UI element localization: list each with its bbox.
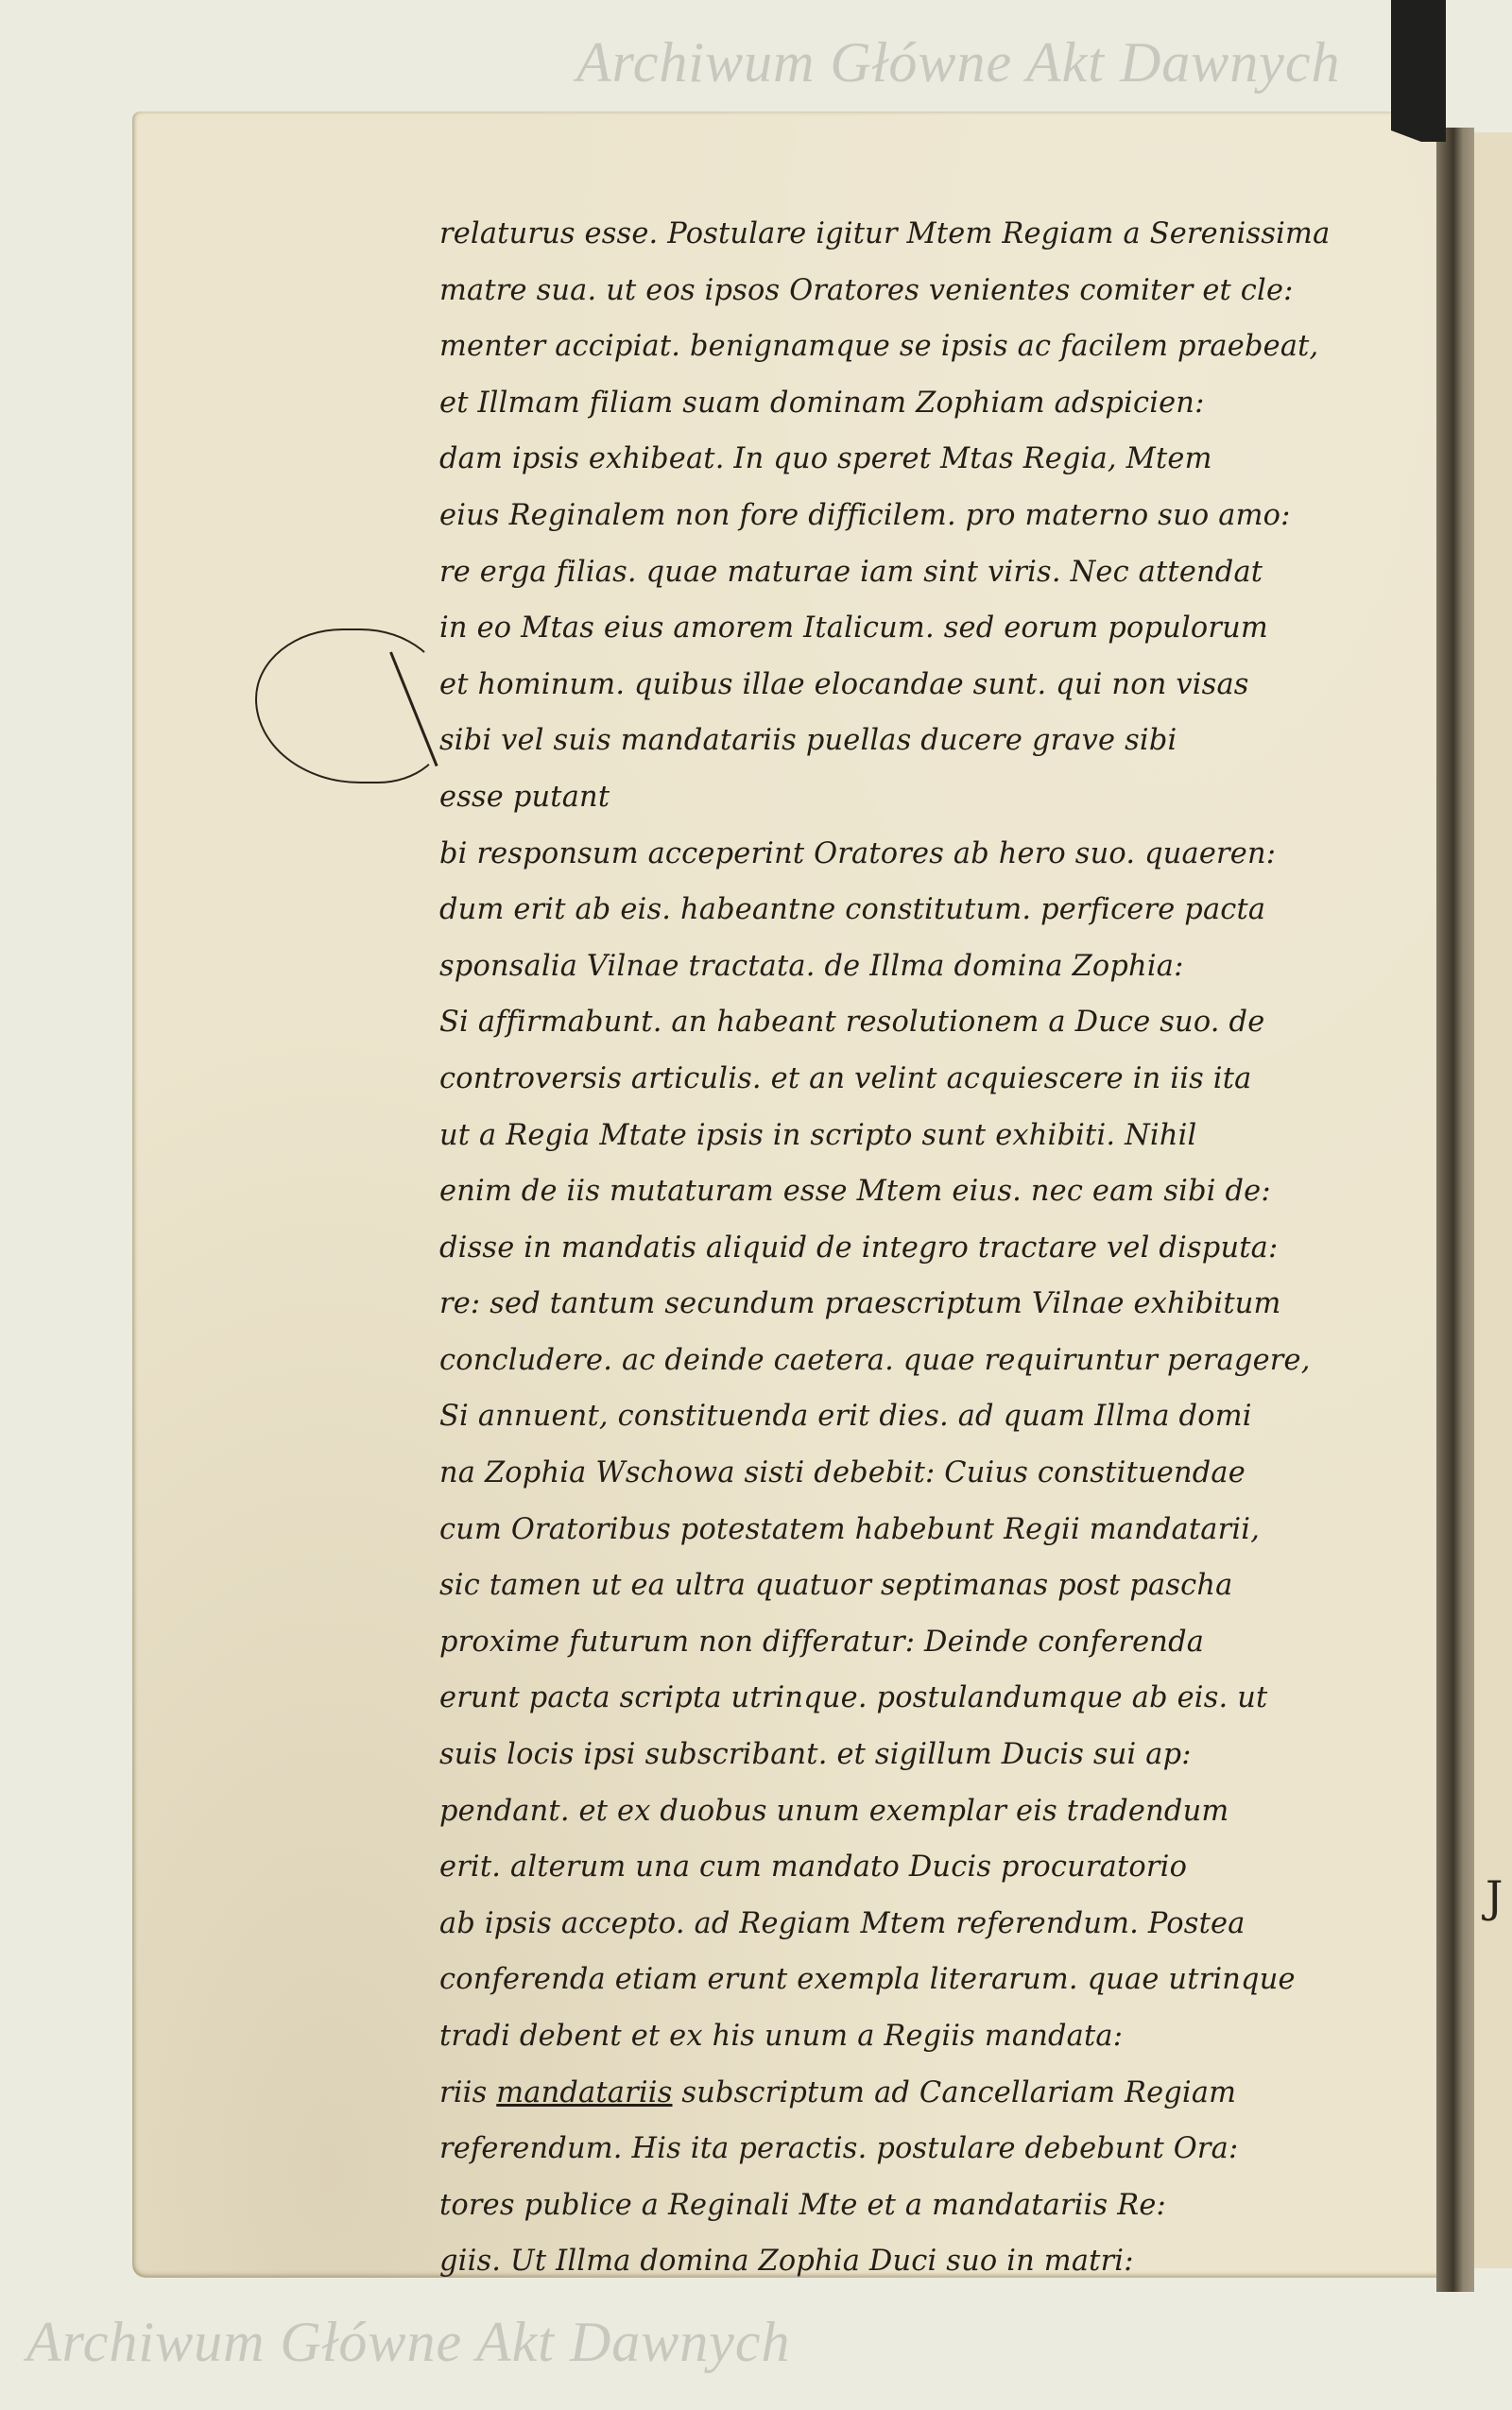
text-line: bi responsum acceperint Oratores ab hero… (439, 826, 1422, 883)
text-line: dam ipsis exhibeat. In quo speret Mtas R… (439, 431, 1422, 488)
text-line: ut a Regia Mtate ipsis in scripto sunt e… (439, 1108, 1422, 1164)
text-line: cum Oratoribus potestatem habebunt Regii… (439, 1502, 1422, 1558)
text-line: pendant. et ex duobus unum exemplar eis … (439, 1783, 1422, 1840)
text-line: et Illmam filiam suam dominam Zophiam ad… (439, 375, 1422, 432)
text-line: na Zophia Wschowa sisti debebit: Cuius c… (439, 1445, 1422, 1502)
text-line: Si affirmabunt. an habeant resolutionem … (439, 994, 1422, 1051)
text-line: proxime futurum non differatur: Deinde c… (439, 1614, 1422, 1671)
text-line: sponsalia Vilnae tractata. de Illma domi… (439, 938, 1422, 995)
adjacent-page-edge: J (1474, 132, 1512, 2268)
text-line: conferenda etiam erunt exempla literarum… (439, 1952, 1422, 2008)
binding-clip (1391, 0, 1446, 142)
text-line: et hominum. quibus illae elocandae sunt.… (439, 657, 1422, 714)
text-line: tradi debent et ex his unum a Regiis man… (439, 2008, 1422, 2065)
text-line: tores publice a Reginali Mte et a mandat… (439, 2178, 1422, 2234)
text-line: erunt pacta scripta utrinque. postulandu… (439, 1670, 1422, 1727)
text-line: in eo Mtas eius amorem Italicum. sed eor… (439, 600, 1422, 657)
line-prefix: riis (439, 2075, 496, 2109)
text-line-with-underlined-word: riis mandatariis subscriptum ad Cancella… (439, 2065, 1422, 2122)
manuscript-text: relaturus esse. Postulare igitur Mtem Re… (439, 206, 1441, 2290)
text-line: Si annuent, constituenda erit dies. ad q… (439, 1388, 1422, 1445)
text-line: referendum. His ita peractis. postulare … (439, 2121, 1422, 2178)
underlined-word: mandatariis (496, 2075, 672, 2109)
archive-watermark-bottom: Archiwum Główne Akt Dawnych (26, 2310, 791, 2375)
text-line: erit. alterum una cum mandato Ducis proc… (439, 1839, 1422, 1896)
text-line: sic tamen ut ea ultra quatuor septimanas… (439, 1558, 1422, 1614)
adjacent-page-glyph: J (1486, 1871, 1503, 1922)
archive-watermark-top: Archiwum Główne Akt Dawnych (576, 30, 1341, 95)
text-line: disse in mandatis aliquid de integro tra… (439, 1220, 1422, 1277)
book-gutter (1436, 128, 1474, 2292)
text-line: concludere. ac deinde caetera. quae requ… (439, 1333, 1422, 1389)
text-line: relaturus esse. Postulare igitur Mtem Re… (439, 206, 1422, 263)
line-suffix: subscriptum ad Cancellariam Regiam (673, 2075, 1237, 2109)
text-line: giis. Ut Illma domina Zophia Duci suo in… (439, 2233, 1422, 2290)
text-line: ab ipsis accepto. ad Regiam Mtem referen… (439, 1896, 1422, 1953)
text-line: re erga filias. quae maturae iam sint vi… (439, 544, 1422, 601)
text-line: menter accipiat. benignamque se ipsis ac… (439, 318, 1422, 375)
text-line: sibi vel suis mandatariis puellas ducere… (439, 713, 1422, 769)
text-line: enim de iis mutaturam esse Mtem eius. ne… (439, 1163, 1422, 1220)
text-line: dum erit ab eis. habeantne constitutum. … (439, 882, 1422, 938)
text-line: esse putant (439, 769, 1422, 826)
text-line: matre sua. ut eos ipsos Oratores venient… (439, 263, 1422, 319)
text-line: eius Reginalem non fore difficilem. pro … (439, 488, 1422, 544)
text-line: suis locis ipsi subscribant. et sigillum… (439, 1727, 1422, 1783)
text-line: re: sed tantum secundum praescriptum Vil… (439, 1276, 1422, 1333)
text-line: controversis articulis. et an velint acq… (439, 1051, 1422, 1108)
